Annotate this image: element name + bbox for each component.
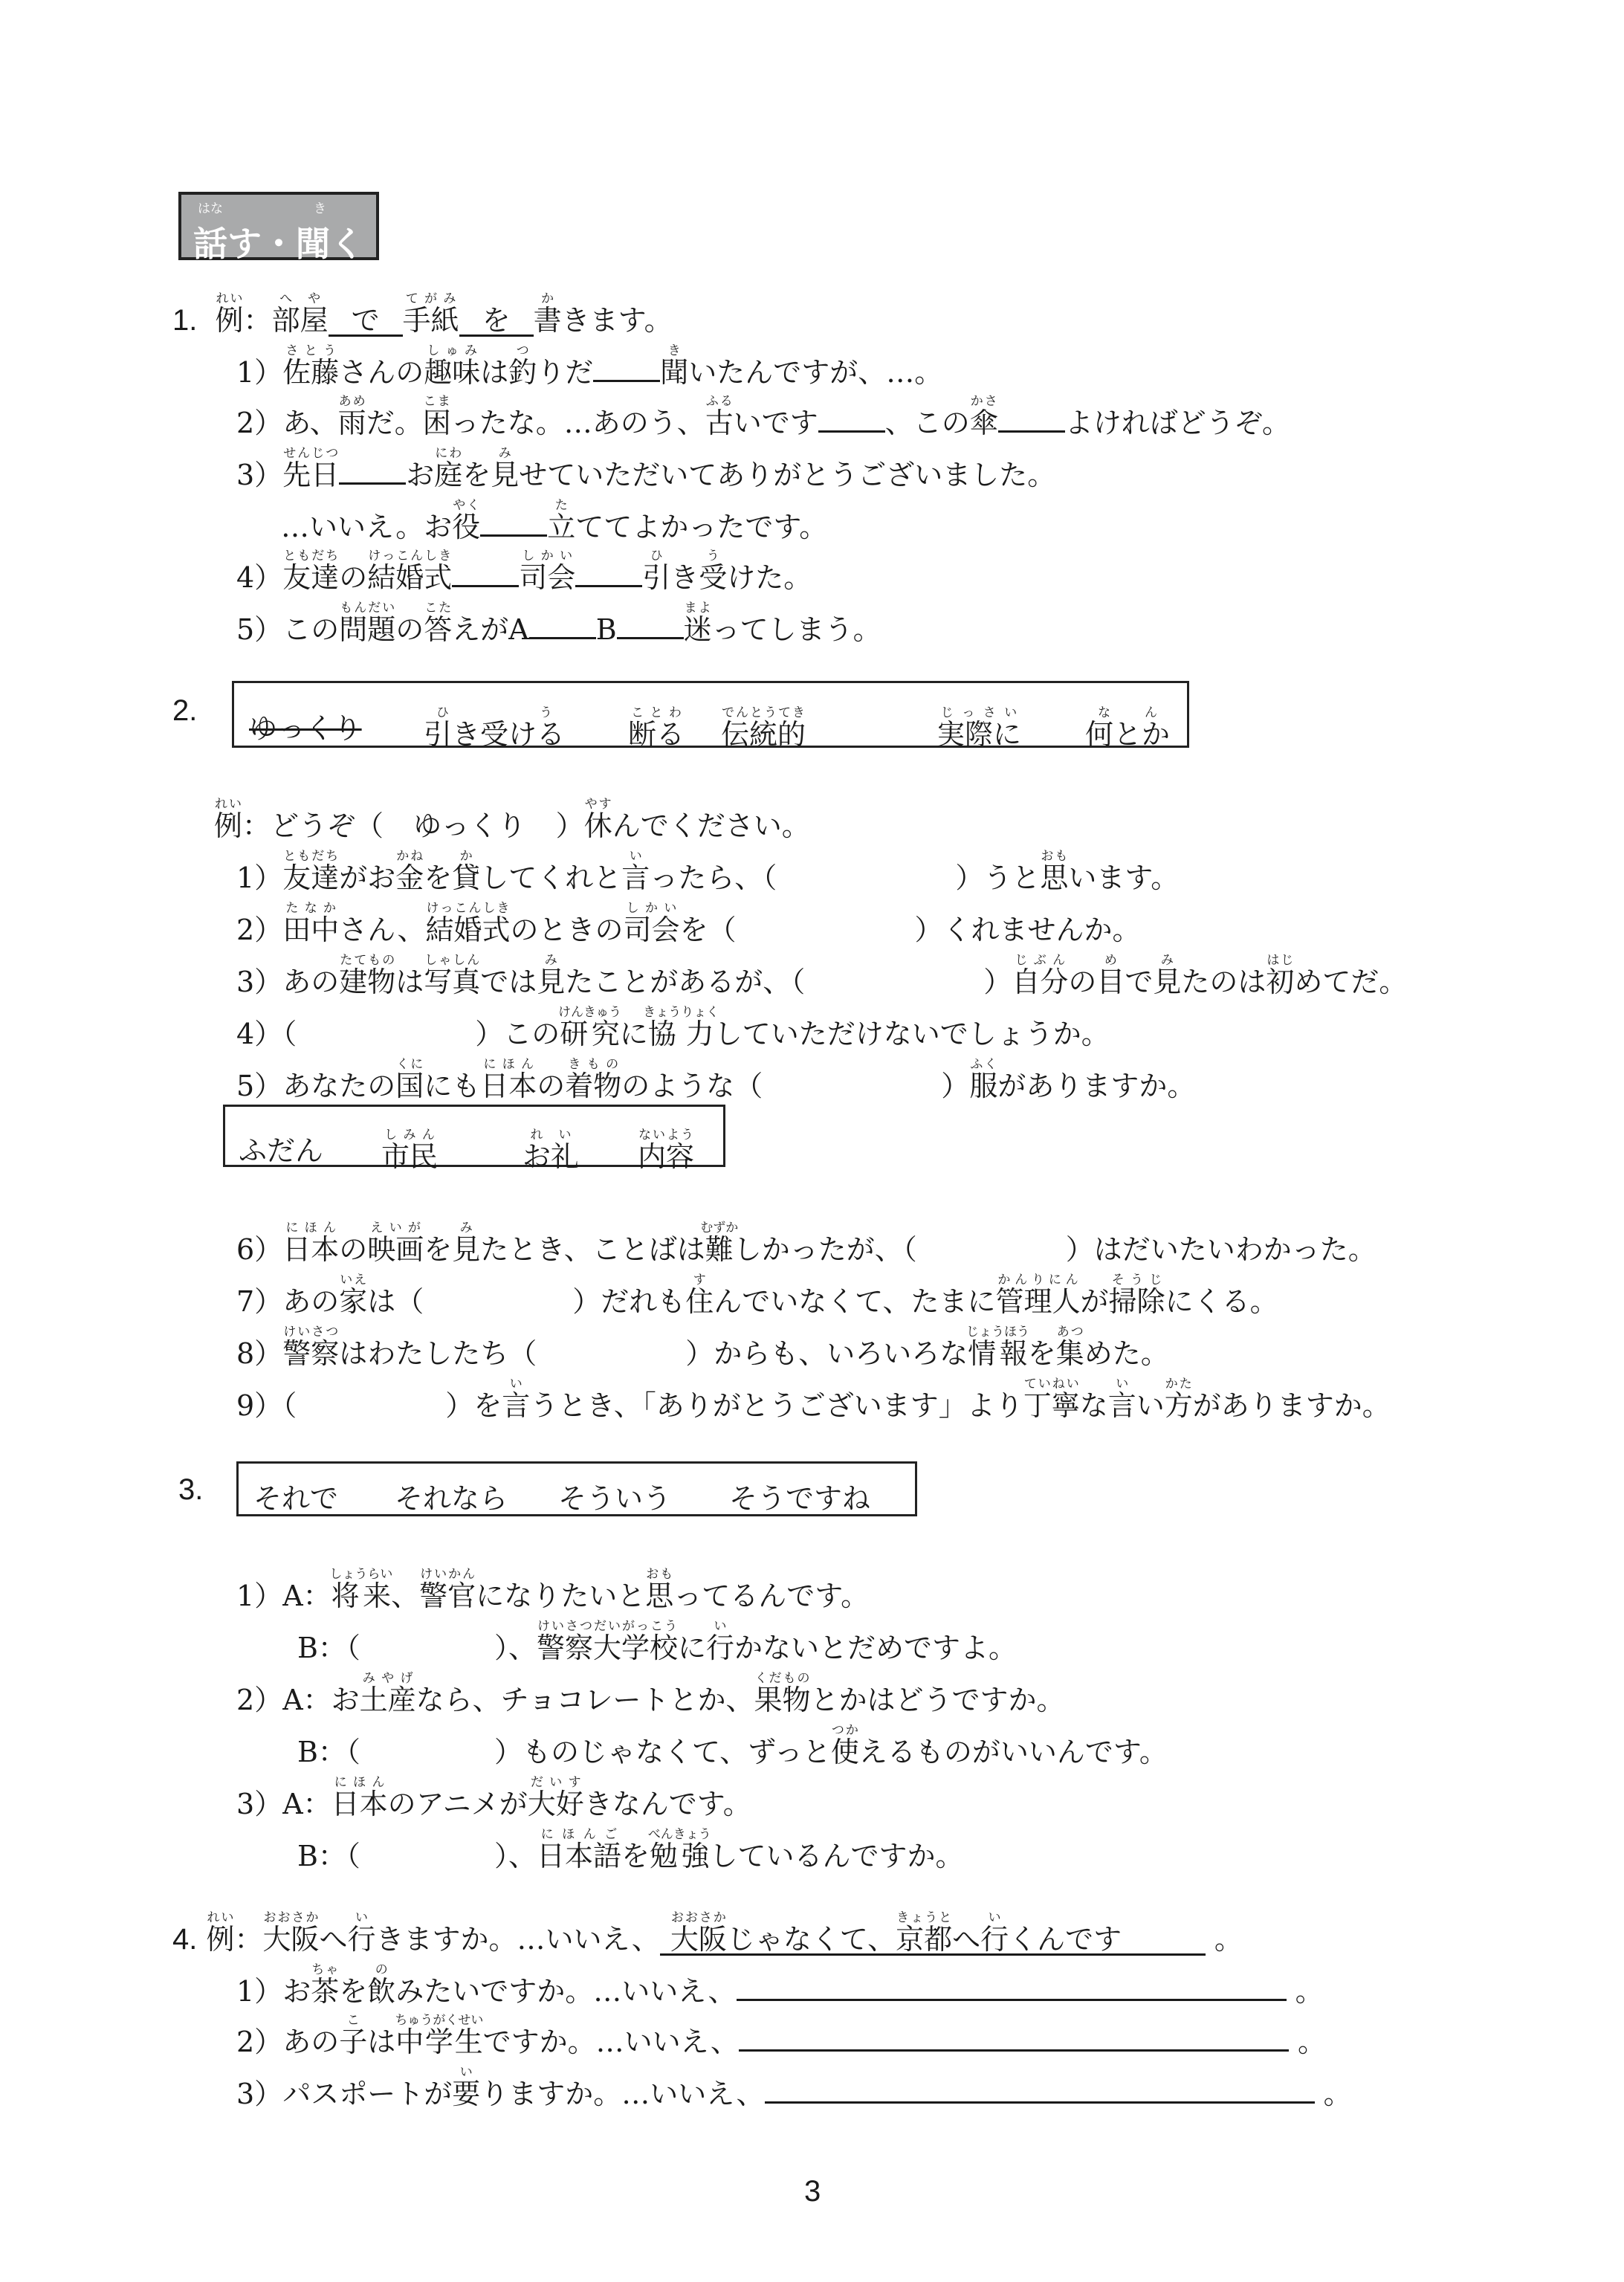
s2-item-9: 9）（）を言いうとき、「ありがとうございます」より丁寧ていねいな言いい方かたがあ… bbox=[236, 1377, 1391, 1420]
word-bank-item: 引き受けるひ う bbox=[424, 705, 565, 752]
s1-item-5: 5）この問題もんだいの答こたえがAB迷まよってしまう。 bbox=[236, 601, 881, 644]
answer-blank[interactable] bbox=[452, 563, 519, 587]
example-label: 例 bbox=[216, 304, 244, 337]
example-answer-1: で bbox=[329, 306, 403, 337]
answer-blank[interactable] bbox=[575, 563, 642, 587]
word-bank-item: 何とかなん bbox=[1085, 705, 1170, 752]
word-bank-item: それで bbox=[253, 1475, 338, 1516]
s4-number: 4. bbox=[172, 1923, 197, 1956]
answer-blank[interactable] bbox=[529, 615, 596, 639]
word-bank-2: ふだん 市民しみん お礼れい 内容ないよう bbox=[223, 1105, 725, 1167]
section-header-box: はな き 話す・聞く bbox=[178, 192, 379, 260]
s3-item-3-b: B：（）、日本語にほんごを勉強べんきょうしているんですか。 bbox=[297, 1827, 964, 1870]
header-ruby-ki: き bbox=[314, 198, 326, 216]
answer-blank[interactable] bbox=[480, 512, 547, 537]
s3-item-3-a: 3）A：日本にほんのアニメが大好だいすきなんです。 bbox=[236, 1775, 751, 1818]
s2-item-7: 7）あの家いえは（）だれも住すんでいなくて、たまに管理人かんりにんが掃除そうじに… bbox=[236, 1273, 1278, 1316]
word-bank-1: ゆっくり 引き受けるひ う 断ることわ 伝統的でんとうてき 実際にじっさい 何と… bbox=[232, 681, 1189, 748]
s4-example: 4. 例れい：大阪おおさかへ行いきますか。…いいえ、大阪おおさかじゃなくて、京都… bbox=[172, 1910, 1243, 1956]
page-number: 3 bbox=[804, 2175, 821, 2208]
s3-item-2-a: 2）A：お土産みやげなら、チョコレートとか、果物くだものとかはどうですか。 bbox=[236, 1671, 1065, 1714]
word-bank-item: それなら bbox=[395, 1475, 508, 1516]
s4-item-3: 3）パスポートが要いりますか。…いいえ、 。 bbox=[236, 2065, 1352, 2108]
s2-number: 2. bbox=[172, 696, 197, 725]
word-bank-item: そういう bbox=[558, 1475, 671, 1516]
s1-item-4: 4）友達ともだちの結婚式けっこんしき司会しかい引ひき受うけた。 bbox=[236, 549, 812, 592]
word-bank-item: そうですね bbox=[729, 1475, 870, 1516]
answer-line[interactable] bbox=[737, 1976, 1287, 2001]
word-bank-item: 内容ないよう bbox=[638, 1128, 694, 1174]
s2-example: 例れい：どうぞ（ゆっくり）休やすんでください。 bbox=[214, 797, 810, 840]
s2-item-5: 5）あなたの国くににも日本にほんの着物きもののような（）服ふくがありますか。 bbox=[236, 1057, 1195, 1100]
s2-item-3: 3）あの建物たてものは写真しゃしんでは見みたことがあるが、（）自分じぶんの目めで… bbox=[236, 953, 1407, 996]
s1-item-3: 3）先日せんじつお庭にわを見みせていただいてありがとうございました。 bbox=[236, 446, 1055, 489]
example-answer: 大阪おおさかじゃなくて、京都きょうとへ行いくんです bbox=[660, 1910, 1206, 1956]
answer-blank[interactable] bbox=[593, 358, 660, 382]
word-bank-item: ゆっくり bbox=[249, 705, 362, 746]
s3-item-1-b: B：（）、警察大学校けいさつだいがっこうに行いかないとだめですよ。 bbox=[297, 1619, 1017, 1662]
s3-number: 3. bbox=[178, 1475, 203, 1504]
s2-item-2: 2）田中たなかさん、結婚式けっこんしきのときの司会しかいを（）くれませんか。 bbox=[236, 901, 1141, 944]
word-bank-item: 市民しみん bbox=[381, 1128, 438, 1174]
section-title: 話す・聞く bbox=[193, 217, 364, 266]
word-bank-3: それで それなら そういう そうですね bbox=[236, 1461, 917, 1516]
s1-item-2: 2）あ、雨あめだ。困こまったな。…あのう、古ふるいです、この傘かさよければどうぞ… bbox=[236, 394, 1290, 437]
word-bank-item: 伝統的でんとうてき bbox=[721, 705, 806, 752]
s4-item-1: 1）お茶ちゃを飲のみたいですか。…いいえ、 。 bbox=[236, 1962, 1324, 2005]
header-ruby-hana: はな bbox=[198, 198, 223, 216]
s2-item-4: 4）（）この研究けんきゅうに協力きょうりょくしていただけないでしょうか。 bbox=[236, 1005, 1110, 1048]
answer-line[interactable] bbox=[765, 2079, 1315, 2104]
s2-item-6: 6）日本にほんの映画えいがを見みたとき、ことばは難むずかしかったが、（）はだいた… bbox=[236, 1221, 1376, 1264]
word-bank-item: 実際にじっさい bbox=[936, 705, 1021, 752]
s4-item-2: 2）あの子こは中学生ちゅうがくせいですか。…いいえ、 。 bbox=[236, 2013, 1326, 2056]
s3-item-1-a: 1）A：将来しょうらい、警官けいかんになりたいと思おもってるんです。 bbox=[236, 1567, 869, 1610]
example-answer: ゆっくり bbox=[413, 809, 526, 842]
word-bank-item: ふだん bbox=[239, 1128, 323, 1169]
answer-blank[interactable] bbox=[818, 408, 885, 433]
answer-blank[interactable] bbox=[998, 408, 1065, 433]
s3-item-2-b: B：（）ものじゃなくて、ずっと使つかえるものがいいんです。 bbox=[297, 1723, 1168, 1766]
answer-line[interactable] bbox=[739, 2027, 1289, 2052]
answer-blank[interactable] bbox=[617, 615, 684, 639]
s1-example: 1. 例れい：部屋へやで手紙てがみを書かきます。 bbox=[172, 291, 673, 337]
s2-item-1: 1）友達ともだちがお金かねを貸かしてくれと言いったら、（）うと思おもいます。 bbox=[236, 849, 1179, 892]
answer-blank[interactable] bbox=[339, 460, 406, 485]
s1-item-1: 1）佐藤さとうさんの趣味しゅみは釣つりだ聞きいたんですが、…。 bbox=[236, 343, 942, 387]
word-bank-item: 断ることわ bbox=[628, 705, 685, 752]
s2-item-8: 8）警察けいさつはわたしたち（）からも、いろいろな情報じょうほうを集あつめた。 bbox=[236, 1325, 1169, 1368]
s1-number: 1. bbox=[172, 304, 197, 337]
s1-item-3-reply: …いいえ。お役やく立たててよかったです。 bbox=[281, 498, 827, 541]
example-answer-2: を bbox=[459, 306, 534, 337]
word-bank-item: お礼れい bbox=[523, 1128, 579, 1174]
